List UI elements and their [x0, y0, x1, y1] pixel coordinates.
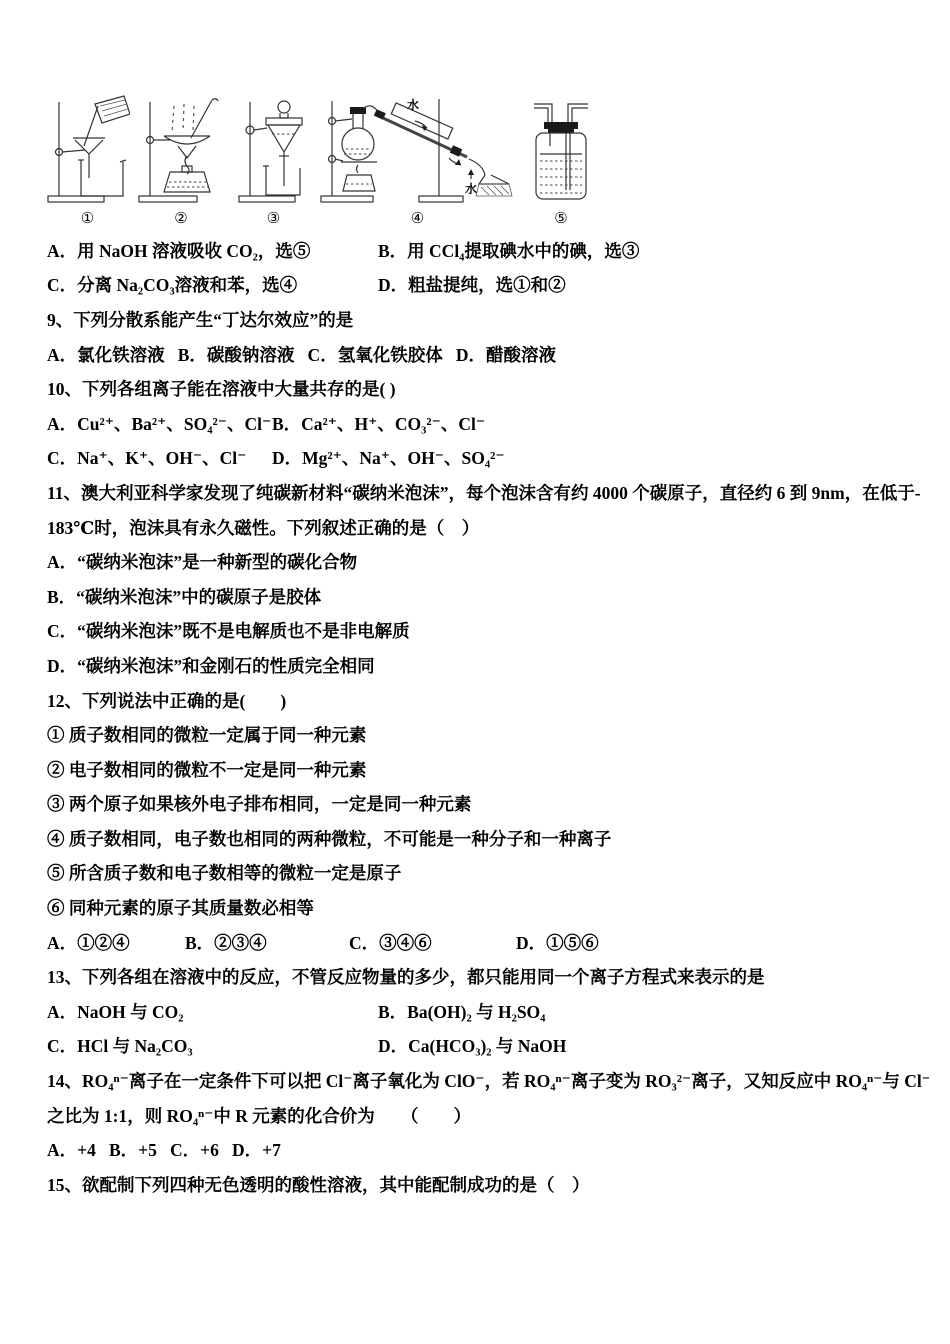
q12-statement-4: ④ 质子数相同，电子数也相同的两种微粒，不可能是一种分子和一种离子 [47, 821, 929, 856]
q8-option-c: C．分离 Na₂CO₃溶液和苯，选④ [47, 272, 378, 297]
q12-statement-6: ⑥ 同种元素的原子其质量数必相等 [47, 890, 929, 925]
q10-option-b: B．Ca²⁺、H⁺、CO₃²⁻、Cl⁻ [272, 411, 485, 436]
q10-option-c: C．Na⁺、K⁺、OH⁻、Cl⁻ [47, 445, 272, 470]
water-out-label: 水 [465, 181, 477, 196]
q12-option-c: C．③④⑥ [349, 930, 516, 955]
q13-options-ab: A．NaOH 与 CO₂B．Ba(OH)₂ 与 H₂SO₄ [47, 994, 929, 1029]
filtration-icon [45, 94, 130, 209]
figure-label-1: ① [81, 211, 94, 227]
q12-statement-5: ⑤ 所含质子数和电子数相等的微粒一定是原子 [47, 856, 929, 891]
q13-option-c: C．HCl 与 Na₂CO₃ [47, 1033, 378, 1058]
q10-options-ab: A．Cu²⁺、Ba²⁺、SO₄²⁻、Cl⁻B．Ca²⁺、H⁺、CO₃²⁻、Cl⁻ [47, 406, 929, 441]
q13-stem: 13、下列各组在溶液中的反应，不管反应物量的多少，都只能用同一个离子方程式来表示… [47, 959, 929, 994]
apparatus-gas-washing-bottle: ⑤ [530, 94, 592, 227]
q13-option-d: D．Ca(HCO₃)₂ 与 NaOH [378, 1033, 566, 1058]
q8-option-a: A．用 NaOH 溶液吸收 CO₂，选⑤ [47, 238, 378, 263]
figure-label-4: ④ [411, 211, 424, 227]
q8-option-b: B．用 CCl₄提取碘水中的碘，选③ [378, 238, 639, 263]
gas-washing-bottle-icon [530, 94, 592, 209]
q10-option-d: D．Mg²⁺、Na⁺、OH⁻、SO₄²⁻ [272, 445, 505, 470]
q12-option-d: D．①⑤⑥ [516, 930, 599, 955]
figure-label-3: ③ [267, 211, 280, 227]
q15-stem: 15、欲配制下列四种无色透明的酸性溶液，其中能配制成功的是（ ） [47, 1167, 929, 1202]
q10-option-a: A．Cu²⁺、Ba²⁺、SO₄²⁻、Cl⁻ [47, 411, 272, 436]
q8-options-ab: A．用 NaOH 溶液吸收 CO₂，选⑤B．用 CCl₄提取碘水中的碘，选③ [47, 233, 929, 268]
q13-option-a: A．NaOH 与 CO₂ [47, 999, 378, 1024]
q11-option-c: C．“碳纳米泡沫”既不是电解质也不是非电解质 [47, 614, 929, 649]
q8-option-d: D．粗盐提纯，选①和② [378, 272, 566, 297]
q12-statement-3: ③ 两个原子如果核外电子排布相同，一定是同一种元素 [47, 787, 929, 822]
q8-options-cd: C．分离 Na₂CO₃溶液和苯，选④D．粗盐提纯，选①和② [47, 268, 929, 303]
q12-options: A．①②④B．②③④C．③④⑥D．①⑤⑥ [47, 925, 929, 960]
q14-stem-line1: 14、RO₄ⁿ⁻离子在一定条件下可以把 Cl⁻离子氧化为 ClO⁻，若 RO₄ⁿ… [47, 1063, 929, 1098]
q13-option-b: B．Ba(OH)₂ 与 H₂SO₄ [378, 999, 545, 1024]
distillation-icon: 水 水 [319, 87, 516, 209]
figure-label-2: ② [174, 211, 187, 227]
separating-funnel-icon [236, 94, 311, 209]
q9-options: A．氯化铁溶液 B．碳酸钠溶液 C．氢氧化铁胶体 D．醋酸溶液 [47, 337, 929, 372]
q14-options: A．+4 B．+5 C．+6 D．+7 [47, 1132, 929, 1167]
apparatus-evaporation: ② [136, 94, 226, 227]
q11-stem-line1: 11、澳大利亚科学家发现了纯碳新材料“碳纳米泡沫”，每个泡沫含有约 4000 个… [47, 475, 929, 510]
apparatus-filtration: ① [45, 94, 130, 227]
evaporation-icon [136, 94, 226, 209]
q14-stem-line2: 之比为 1:1，则 RO₄ⁿ⁻中 R 元素的化合价为 （ ） [47, 1098, 929, 1133]
exam-page: { "page": {"bg": "#ffffff", "text_color"… [0, 0, 950, 1344]
apparatus-separating-funnel: ③ [236, 94, 311, 227]
q10-stem: 10、下列各组离子能在溶液中大量共存的是( ) [47, 371, 929, 406]
figure-label-5: ⑤ [554, 211, 567, 227]
q11-stem-line2: 183℃时，泡沫具有永久磁性。下列叙述正确的是（ ） [47, 510, 929, 545]
q11-option-a: A．“碳纳米泡沫”是一种新型的碳化合物 [47, 544, 929, 579]
apparatus-figure: ① ② [45, 92, 580, 227]
q12-option-a: A．①②④ [47, 930, 185, 955]
q12-statement-1: ① 质子数相同的微粒一定属于同一种元素 [47, 717, 929, 752]
q9-stem: 9、下列分散系能产生“丁达尔效应”的是 [47, 302, 929, 337]
q12-statement-2: ② 电子数相同的微粒不一定是同一种元素 [47, 752, 929, 787]
water-in-label: 水 [407, 97, 419, 112]
q13-options-cd: C．HCl 与 Na₂CO₃D．Ca(HCO₃)₂ 与 NaOH [47, 1029, 929, 1064]
q12-stem: 12、下列说法中正确的是( ) [47, 683, 929, 718]
apparatus-distillation: 水 水 ④ [319, 87, 516, 227]
q12-option-b: B．②③④ [185, 930, 349, 955]
q10-options-cd: C．Na⁺、K⁺、OH⁻、Cl⁻D．Mg²⁺、Na⁺、OH⁻、SO₄²⁻ [47, 441, 929, 476]
q11-option-d: D．“碳纳米泡沫”和金刚石的性质完全相同 [47, 648, 929, 683]
question-text-block: A．用 NaOH 溶液吸收 CO₂，选⑤B．用 CCl₄提取碘水中的碘，选③ C… [47, 233, 929, 1202]
q11-option-b: B．“碳纳米泡沫”中的碳原子是胶体 [47, 579, 929, 614]
